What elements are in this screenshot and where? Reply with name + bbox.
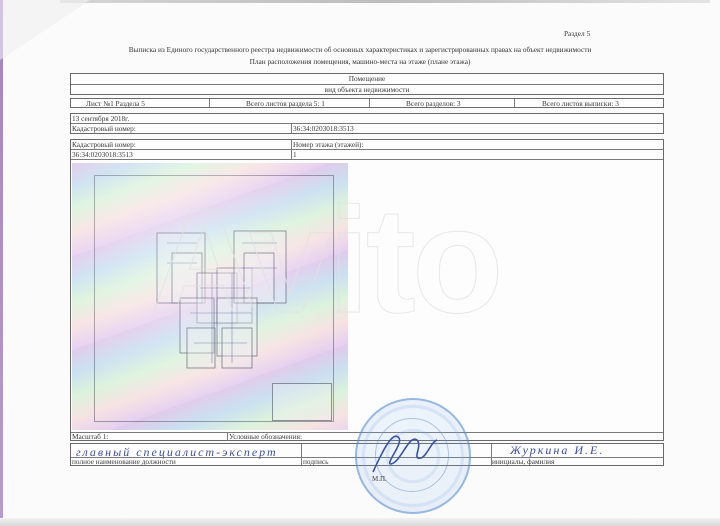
object-type-caption: вид объекта недвижимости: [0, 86, 720, 93]
total-sections: Всего разделов: 3: [406, 100, 461, 107]
name-handwritten: Журкина И.Е.: [510, 444, 604, 456]
cadastral-value: 36:34:0203018:3513: [293, 125, 354, 132]
document-subtitle: План расположения помещения, машино-мест…: [0, 58, 720, 65]
legend-label: Условные обозначения:: [229, 433, 302, 440]
signature-caption: подпись: [303, 458, 328, 465]
name-caption: инициалы, фамилия: [492, 458, 554, 465]
floor-label: Номер этажа (этажей):: [293, 141, 364, 148]
document-title: Выписка из Единого государственного реес…: [0, 46, 720, 53]
position-caption: полное наименование должности: [72, 458, 176, 465]
plan-cadastral-value: 36:34:0203018:3513: [72, 151, 133, 158]
object-type: Помещение: [0, 75, 720, 82]
scale-label: Масштаб 1:: [72, 433, 108, 440]
signature-scribble: [365, 420, 445, 480]
cadastral-label: Кадастровый номер:: [72, 125, 136, 132]
stamp-caption: М.П.: [372, 475, 387, 483]
extract-date: 13 сентября 2018г.: [72, 115, 129, 122]
plan-cadastral-label: Кадастровый номер:: [72, 141, 136, 148]
scan-shadow-bottom: [0, 518, 720, 526]
total-sheets-section: Всего листов раздела 5: 1: [246, 100, 325, 107]
details-table: [70, 113, 664, 134]
watermark: Avito: [150, 185, 499, 335]
sheet-number: Лист №1 Раздела 5: [86, 100, 145, 107]
scan-shadow-top: [60, 0, 710, 3]
plan-title-block: [272, 383, 332, 421]
floor-value: 1: [293, 151, 297, 158]
total-sheets-extract: Всего листов выписки: 3: [542, 100, 619, 107]
section-label: Раздел 5: [564, 30, 590, 37]
